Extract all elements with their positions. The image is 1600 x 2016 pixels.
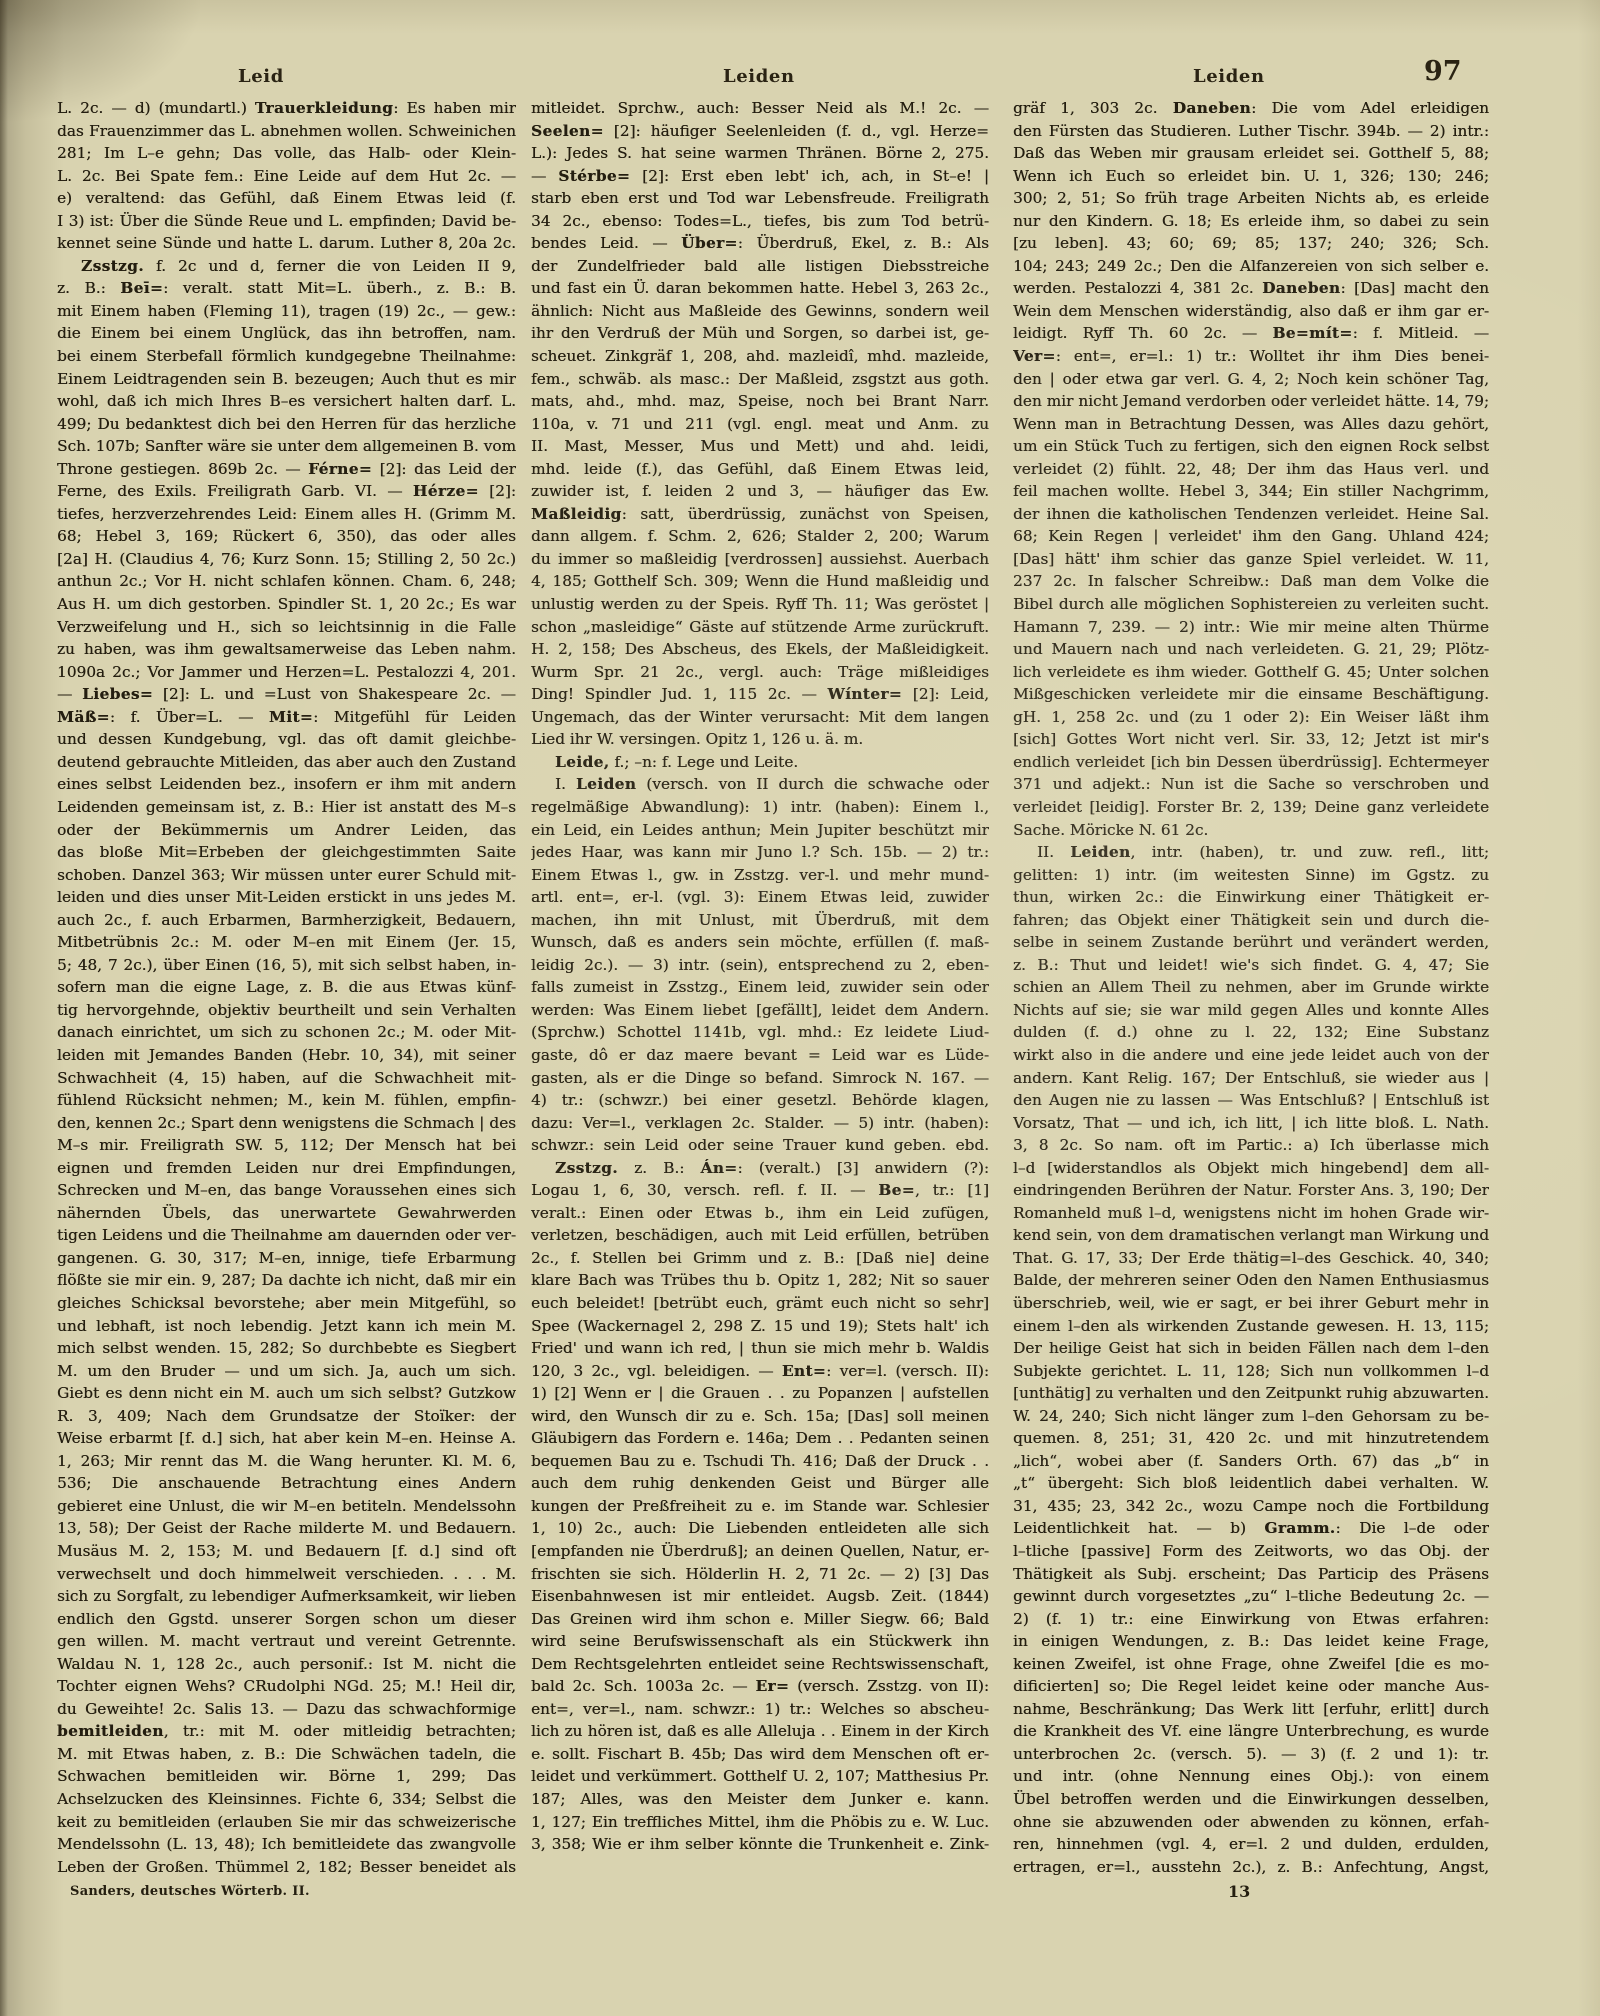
text-line: Ungemach, das der Winter verursacht: Mit… xyxy=(531,706,989,729)
text-column-3: gräf 1, 303 2c. Daneben: Die vom Adel er… xyxy=(1013,97,1489,1878)
text-line: bequemen Bau zu e. Tschudi Th. 416; Daß … xyxy=(531,1450,989,1473)
text-line: Ferne, des Exils. Freiligrath Garb. VI. … xyxy=(57,480,516,503)
text-line: verletzen, beschädigen, auch mit Leid er… xyxy=(531,1224,989,1247)
text-line: Einem Etwas l., gw. in Zsstzg. ver-l. un… xyxy=(531,864,989,887)
text-line: gasten, als er die Dinge so befand. Simr… xyxy=(531,1067,989,1090)
text-line: ohne sie abzuwenden oder abwenden zu kön… xyxy=(1013,1811,1489,1834)
text-line: artl. ent=, er-l. (vgl. 3): Einem Etwas … xyxy=(531,886,989,909)
text-line: leidig 2c.). — 3) intr. (sein), entsprec… xyxy=(531,954,989,977)
text-line: schien an Allem Theil zu nehmen, aber im… xyxy=(1013,976,1489,999)
text-line: den, kennen 2c.; Spart denn wenigstens d… xyxy=(57,1112,516,1135)
text-line: Mäß=: f. Über=L. — Mit=: Mitgefühl für L… xyxy=(57,706,516,729)
text-line: dazu: Ver=l., verklagen 2c. Stalder. — 5… xyxy=(531,1112,989,1135)
text-line: schwzr.: sein Leid oder seine Trauer kun… xyxy=(531,1134,989,1157)
text-line: 300; 2, 51; So früh trage Arbeiten Nicht… xyxy=(1013,187,1489,210)
text-line: schoben. Danzel 363; Wir müssen unter eu… xyxy=(57,864,516,887)
text-line: — Liebes= [2]: L. und =Lust von Shakespe… xyxy=(57,683,516,706)
text-line: keit zu bemitleiden (erlauben Sie mir da… xyxy=(57,1811,516,1834)
text-line: 1090a 2c.; Vor Jammer und Herzen=L. Pest… xyxy=(57,661,516,684)
text-line: und dessen Kundgebung, vgl. das oft dami… xyxy=(57,728,516,751)
text-line: 499; Du bedanktest dich bei den Herren f… xyxy=(57,413,516,436)
text-line: in einigen Wendungen, z. B.: Das leidet … xyxy=(1013,1630,1489,1653)
text-line: ein Leid, ein Leides anthun; Mein Jupite… xyxy=(531,819,989,842)
text-line: den Fürsten das Studieren. Luther Tischr… xyxy=(1013,120,1489,143)
text-line: Balde, der mehreren seiner Oden den Name… xyxy=(1013,1269,1489,1292)
text-line: Romanheld muß l–d, wenigstens nicht im h… xyxy=(1013,1202,1489,1225)
text-line: nahme, Beschränkung; Das Werk litt [erfu… xyxy=(1013,1698,1489,1721)
text-line: mitleidet. Sprchw., auch: Besser Neid al… xyxy=(531,97,989,120)
text-column-1: L. 2c. — d) (mundartl.) Trauerkleidung: … xyxy=(57,97,516,1878)
text-line: das Frauenzimmer das L. abnehmen wollen.… xyxy=(57,120,516,143)
text-line: 536; Die anschauende Betrachtung eines A… xyxy=(57,1472,516,1495)
text-line: leidet und verkümmert. Gotthelf U. 2, 10… xyxy=(531,1765,989,1788)
text-line: 68; Hebel 3, 169; Rückert 6, 350), das o… xyxy=(57,525,516,548)
text-line: andern. Kant Relig. 167; Der Entschluß, … xyxy=(1013,1067,1489,1090)
text-line: e. sollt. Fischart B. 45b; Das wird dem … xyxy=(531,1743,989,1766)
running-title-center: Leiden xyxy=(723,66,795,87)
text-line: 31, 435; 23, 342 2c., wozu Campe noch di… xyxy=(1013,1495,1489,1518)
text-line: kend sein, von dem dramatischen verlangt… xyxy=(1013,1224,1489,1247)
text-line: eignen und fremden Leiden nur drei Empfi… xyxy=(57,1157,516,1180)
text-line: Gläubigern das Fordern e. 146a; Dem . . … xyxy=(531,1427,989,1450)
text-line: unterbrochen 2c. (versch. 5). — 3) (f. 2… xyxy=(1013,1743,1489,1766)
text-line: Verzweifelung und H., sich so leichtsinn… xyxy=(57,616,516,639)
text-line: W. 24, 240; Sich nicht länger zum l–den … xyxy=(1013,1405,1489,1428)
text-line: deutend gebrauchte Mitleiden, das aber a… xyxy=(57,751,516,774)
text-line: lich verleidete es ihm wieder. Gotthelf … xyxy=(1013,661,1489,684)
text-line: und lebhaft, ist noch lebendig. Jetzt ka… xyxy=(57,1315,516,1338)
text-line: Daß das Weben mir grausam erleidet sei. … xyxy=(1013,142,1489,165)
text-line: tig hervorgehnde, objektiv beurtheilt un… xyxy=(57,999,516,1022)
text-line: Maßleidig: satt, überdrüssig, zunächst v… xyxy=(531,503,989,526)
text-line: jedes Haar, was kann mir Juno l.? Sch. 1… xyxy=(531,841,989,864)
text-line: Tochter eignen Wehs? CRudolphi NGd. 25; … xyxy=(57,1675,516,1698)
text-line: auch 2c., f. auch Erbarmen, Barmherzigke… xyxy=(57,909,516,932)
text-line: kungen der Preßfreiheit zu e. im Stande … xyxy=(531,1495,989,1518)
text-line: keinen Zweifel, ist ohne Frage, ohne Zwe… xyxy=(1013,1653,1489,1676)
text-line: Seelen= [2]: häufiger Seelenleiden (f. d… xyxy=(531,120,989,143)
text-line: ertragen, er=l., ausstehn 2c.), z. B.: A… xyxy=(1013,1856,1489,1879)
text-line: auch dem ruhig denkenden Geist und Bürge… xyxy=(531,1472,989,1495)
text-line: Zsstzg. z. B.: Án=: (veralt.) [3] anwide… xyxy=(531,1157,989,1180)
text-line: 34 2c., ebenso: Todes=L., tiefes, bis zu… xyxy=(531,210,989,233)
text-line: Schrecken und M–en, das bange Voraussehe… xyxy=(57,1179,516,1202)
text-line: das bloße Mit=Erbeben der gleichgestimmt… xyxy=(57,841,516,864)
text-line: die Einem bei einem Unglück, das ihn bet… xyxy=(57,322,516,345)
text-line: zuwider ist, f. leiden 2 und 3, — häufig… xyxy=(531,480,989,503)
text-line: danach einrichtet, um sich zu schonen 2c… xyxy=(57,1021,516,1044)
text-line: unlustig werden zu der Speis. Ryff Th. 1… xyxy=(531,593,989,616)
text-line: M. um den Bruder — und um sich. Ja, auch… xyxy=(57,1360,516,1383)
text-line: leidigt. Ryff Th. 60 2c. — Be=mít=: f. M… xyxy=(1013,322,1489,345)
footer-signature: Sanders, deutsches Wörterb. II. xyxy=(70,1884,310,1899)
text-line: Mitbetrübnis 2c.: M. oder M–en mit Einem… xyxy=(57,931,516,954)
text-line: Ver=: ent=, er=l.: 1) tr.: Wolltet ihr i… xyxy=(1013,345,1489,368)
text-line: euch beleidet! [betrübt euch, grämt euch… xyxy=(531,1292,989,1315)
sheet-number: 13 xyxy=(1228,1882,1250,1901)
text-line: 237 2c. In falscher Schreibw.: Daß man d… xyxy=(1013,570,1489,593)
text-line: den mir nicht Jemand verdorben oder verl… xyxy=(1013,390,1489,413)
text-line: gangenen. G. 30, 317; M–en, innige, tief… xyxy=(57,1247,516,1270)
text-line: gH. 1, 258 2c. und (zu 1 oder 2): Ein We… xyxy=(1013,706,1489,729)
text-line: endlich den Ggstd. unserer Sorgen schon … xyxy=(57,1608,516,1631)
text-line: gebieret eine Unlust, die wir M–en betit… xyxy=(57,1495,516,1518)
text-line: Achselzucken des Kleinsinnes. Fichte 6, … xyxy=(57,1788,516,1811)
text-line: mats, ahd., mhd. maz, Speise, noch bei B… xyxy=(531,390,989,413)
text-line: L. 2c. Bei Spate fem.: Eine Leide auf de… xyxy=(57,165,516,188)
text-line: 187; Alles, was den Meister dem Junker e… xyxy=(531,1788,989,1811)
text-line: Schwachen bemitleiden wir. Börne 1, 299;… xyxy=(57,1765,516,1788)
text-line: II. Mast, Messer, Mus und Mett) und ahd.… xyxy=(531,435,989,458)
text-line: Musäus M. 2, 153; M. und Bedauern [f. d.… xyxy=(57,1540,516,1563)
text-line: ähnlich: Nicht aus Maßleide des Gewinns,… xyxy=(531,300,989,323)
text-column-2: mitleidet. Sprchw., auch: Besser Neid al… xyxy=(531,97,989,1856)
text-line: endlich verleidet [ich bin Dessen überdr… xyxy=(1013,751,1489,774)
text-line: machen, ihn mit Unlust, mit Überdruß, mi… xyxy=(531,909,989,932)
text-line: [zu leben]. 43; 60; 69; 85; 137; 240; 32… xyxy=(1013,232,1489,255)
text-line: Wunsch, daß es anders sein möchte, erfül… xyxy=(531,931,989,954)
text-line: Mißgeschicken verleidete mir die einsame… xyxy=(1013,683,1489,706)
text-line: kennet seine Sünde und hatte L. darum. L… xyxy=(57,232,516,255)
text-line: Giebt es denn nicht ein M. auch um sich … xyxy=(57,1382,516,1405)
text-line: Bibel durch alle möglichen Sophistereien… xyxy=(1013,593,1489,616)
text-line: tiefes, herzverzehrendes Leid: Einem all… xyxy=(57,503,516,526)
text-line: Throne gestiegen. 869b 2c. — Férne= [2]:… xyxy=(57,458,516,481)
text-line: eindringenden Berühren der Natur. Forste… xyxy=(1013,1179,1489,1202)
text-line: zu haben, was ihm gewaltsamerweise das L… xyxy=(57,638,516,661)
text-line: Leben der Großen. Thümmel 2, 182; Besser… xyxy=(57,1856,516,1879)
text-line: Ding! Spindler Jud. 1, 115 2c. — Wínter=… xyxy=(531,683,989,706)
text-line: Lied ihr W. versingen. Opitz 1, 126 u. ä… xyxy=(531,728,989,751)
text-line: gewinnt durch vorgesetztes „zu“ l–tliche… xyxy=(1013,1585,1489,1608)
text-line: feil machen wollte. Hebel 3, 344; Ein st… xyxy=(1013,480,1489,503)
text-line: klare Bach was Trübes thu b. Opitz 1, 28… xyxy=(531,1269,989,1292)
text-line: nähernden Übels, das unerwartete Gewahrw… xyxy=(57,1202,516,1225)
text-line: 1, 127; Ein treffliches Mittel, ihm die … xyxy=(531,1811,989,1834)
text-line: — Stérbe= [2]: Erst eben lebt' ich, ach,… xyxy=(531,165,989,188)
text-line: Sch. 107b; Sanfter wäre sie unter dem al… xyxy=(57,435,516,458)
text-line: 110a, v. 71 und 211 (vgl. engl. meat und… xyxy=(531,413,989,436)
text-line: bei einem Sterbefall förmlich kundgegebn… xyxy=(57,345,516,368)
text-line: der ihnen die katholischen Tendenzen ver… xyxy=(1013,503,1489,526)
text-line: Leidenden gemeinsam ist, z. B.: Hier ist… xyxy=(57,796,516,819)
text-line: Leide, f.; –n: f. Lege und Leite. xyxy=(531,751,989,774)
text-line: mhd. leide (f.), das Gefühl, daß Einem E… xyxy=(531,458,989,481)
text-line: 4, 185; Gotthelf Sch. 309; Wenn die Hund… xyxy=(531,570,989,593)
text-line: bemitleiden, tr.: mit M. oder mitleidig … xyxy=(57,1720,516,1743)
text-line: du immer so maßleidig [verdrossen] aussi… xyxy=(531,548,989,571)
text-line: (Sprchw.) Schottel 1141b, vgl. mhd.: Ez … xyxy=(531,1021,989,1044)
text-line: quemen. 8, 251; 31, 420 2c. und mit hinz… xyxy=(1013,1427,1489,1450)
text-line: Aus H. um dich gestorben. Spindler St. 1… xyxy=(57,593,516,616)
text-line: 5; 48, 7 2c.), über Einen (16, 5), mit s… xyxy=(57,954,516,977)
text-line: 13, 58); Der Geist der Rache milderte M.… xyxy=(57,1517,516,1540)
dictionary-page-scan: { "header": { "left_title": "Leid", "cen… xyxy=(0,0,1600,2016)
text-line: Weise erbarmt [f. d.] sich, hat aber kei… xyxy=(57,1427,516,1450)
text-line: l–d [widerstandlos als Objekt mich hinge… xyxy=(1013,1157,1489,1180)
text-line: Dem Rechtsgelehrten entleidet seine Rech… xyxy=(531,1653,989,1676)
text-line: der Zundelfrieder bald alle listigen Die… xyxy=(531,255,989,278)
text-line: M. mit Etwas haben, z. B.: Die Schwächen… xyxy=(57,1743,516,1766)
text-line: anthun 2c.; Vor H. nicht schlafen können… xyxy=(57,570,516,593)
text-line: wohl, daß ich mich Ihres B–es versichert… xyxy=(57,390,516,413)
text-line: R. 3, 409; Nach dem Grundsatze der Stoïk… xyxy=(57,1405,516,1428)
text-line: gaste, dô er daz maere bevant = Leid war… xyxy=(531,1044,989,1067)
text-line: den | oder etwa gar verl. G. 4, 2; Noch … xyxy=(1013,368,1489,391)
text-line: 1, 263; Mir rennt das M. die Wang herunt… xyxy=(57,1450,516,1473)
text-line: 68; Kein Regen | verleidet' ihm den Gang… xyxy=(1013,525,1489,548)
text-line: Thätigkeit als Subj. erscheint; Das Part… xyxy=(1013,1563,1489,1586)
text-line: Schwachheit (4, 15) haben, auf die Schwa… xyxy=(57,1067,516,1090)
text-line: selbe in seinem Zustande berührt und ver… xyxy=(1013,931,1489,954)
text-line: tigen Leidens und die Theilnahme am daue… xyxy=(57,1224,516,1247)
text-line: falls zumeist in Zsstzg., Einem leid, zu… xyxy=(531,976,989,999)
text-line: gelitten: 1) intr. (im weitesten Sinne) … xyxy=(1013,864,1489,887)
text-line: Spee (Wackernagel 2, 298 Z. 15 und 19); … xyxy=(531,1315,989,1338)
text-line: [2a] H. (Claudius 4, 76; Kurz Sonn. 15; … xyxy=(57,548,516,571)
text-line: gräf 1, 303 2c. Daneben: Die vom Adel er… xyxy=(1013,97,1489,120)
text-line: 4) tr.: (schwzr.) bei einer gesetzl. Beh… xyxy=(531,1089,989,1112)
text-line: und intr. (ohne Nennung eines Obj.): von… xyxy=(1013,1765,1489,1788)
text-line: M–s mir. Freiligrath SW. 5, 112; Der Men… xyxy=(57,1134,516,1157)
text-line: und fast ein Ü. daran bekommen hatte. He… xyxy=(531,277,989,300)
text-line: und Mauern nach und nach verleideten. G.… xyxy=(1013,638,1489,661)
text-line: l–tliche [passive] Form des Zeitworts, w… xyxy=(1013,1540,1489,1563)
text-line: Subjekte gerichtet. L. 11, 128; Sich nun… xyxy=(1013,1360,1489,1383)
text-line: Zsstzg. f. 2c und d, ferner die von Leid… xyxy=(57,255,516,278)
text-line: du Geweihte! 2c. Salis 13. — Dazu das sc… xyxy=(57,1698,516,1721)
text-line: werden. Pestalozzi 4, 381 2c. Daneben: [… xyxy=(1013,277,1489,300)
text-line: fahren; das Objekt einer Thätigkeit sein… xyxy=(1013,909,1489,932)
text-line: sich zu Sorgfalt, zu lebendiger Aufmerks… xyxy=(57,1585,516,1608)
text-line: [unthätig] zu verhalten und den Zeitpunk… xyxy=(1013,1382,1489,1405)
text-line: lich zu hören ist, daß es alle Alleluja … xyxy=(531,1720,989,1743)
text-line: I 3) ist: Über die Sünde Reue und L. emp… xyxy=(57,210,516,233)
page-number: 97 xyxy=(1424,56,1462,87)
text-line: 104; 243; 249 2c.; Den die Alfanzereien … xyxy=(1013,255,1489,278)
text-line: bald 2c. Sch. 1003a 2c. — Er= (versch. Z… xyxy=(531,1675,989,1698)
text-line: mich selbst wenden. 15, 282; So durchbeb… xyxy=(57,1337,516,1360)
text-line: flößte sie mir ein. 9, 287; Da dachte ic… xyxy=(57,1269,516,1292)
text-line: thun, wirken 2c.: die Einwirkung einer T… xyxy=(1013,886,1489,909)
text-line: Eisenbahnwesen ist mir entleidet. Augsb.… xyxy=(531,1585,989,1608)
text-line: nur den Kindern. G. 18; Es erleide ihm, … xyxy=(1013,210,1489,233)
text-line: 2) (f. 1) tr.: eine Einwirkung von Etwas… xyxy=(1013,1608,1489,1631)
text-line: e) veraltend: das Gefühl, daß Einem Etwa… xyxy=(57,187,516,210)
text-line: die Krankheit des Vf. eine längre Unterb… xyxy=(1013,1720,1489,1743)
text-line: L. 2c. — d) (mundartl.) Trauerkleidung: … xyxy=(57,97,516,120)
text-line: Übel betroffen werden und die Einwirkung… xyxy=(1013,1788,1489,1811)
text-line: Wein dem Menschen widerständig, also daß… xyxy=(1013,300,1489,323)
text-line: Der heilige Geist hat sich in beiden Fäl… xyxy=(1013,1337,1489,1360)
text-line: I. Leiden (versch. von II durch die schw… xyxy=(531,773,989,796)
text-line: um ein Stück Tuch zu fertigen, sich den … xyxy=(1013,435,1489,458)
text-line: scheuet. Zinkgräf 1, 208, ahd. mazleidî,… xyxy=(531,345,989,368)
text-line: sofern man die eigne Lage, z. B. die aus… xyxy=(57,976,516,999)
running-title-left: Leid xyxy=(238,66,284,87)
text-line: z. B.: Thut und leidet! wie's sich finde… xyxy=(1013,954,1489,977)
text-line: L.): Jedes S. hat seine warmen Thränen. … xyxy=(531,142,989,165)
text-line: That. G. 17, 33; Der Erde thätig=l–des G… xyxy=(1013,1247,1489,1270)
text-line: 3, 358; Wie er ihm selber könnte die Tru… xyxy=(531,1833,989,1856)
text-line: II. Leiden, intr. (haben), tr. und zuw. … xyxy=(1013,841,1489,864)
text-line: ren, hinnehmen (vgl. 4, er=l. 2 und duld… xyxy=(1013,1833,1489,1856)
text-line: Vorsatz, That — und ich, ich litt, | ich… xyxy=(1013,1112,1489,1135)
text-line: dann allgem. f. Schm. 2, 626; Stalder 2,… xyxy=(531,525,989,548)
text-line: „t“ übergeht: Sich bloß leidentlich dabe… xyxy=(1013,1472,1489,1495)
running-title-right: Leiden xyxy=(1193,66,1265,87)
text-line: verleidet [leidig]. Forster Br. 2, 139; … xyxy=(1013,796,1489,819)
text-line: Das Greinen wird ihm schon e. Miller Sie… xyxy=(531,1608,989,1631)
text-line: leiden und dies unser Mit-Leiden erstick… xyxy=(57,886,516,909)
text-line: Leidentlichkeit hat. — b) Gramm.: Die l–… xyxy=(1013,1517,1489,1540)
text-line: überschrieb, weil, wie er sagt, er bei i… xyxy=(1013,1292,1489,1315)
text-line: frischten sie sich. Hölderlin H. 2, 71 2… xyxy=(531,1563,989,1586)
text-line: einem l–den als wirkenden Zustande gewes… xyxy=(1013,1315,1489,1338)
text-line: Sache. Möricke N. 61 2c. xyxy=(1013,819,1489,842)
text-line: z. B.: Beī=: veralt. statt Mit=L. überh.… xyxy=(57,277,516,300)
text-line: eines selbst Leidenden bez., insofern er… xyxy=(57,773,516,796)
text-line: dulden (f. d.) ohne zu l. 22, 132; Eine … xyxy=(1013,1021,1489,1044)
text-line: dificierten] so; Die Regel leidet keine … xyxy=(1013,1675,1489,1698)
text-line: leiden mit Jemandes Banden (Hebr. 10, 34… xyxy=(57,1044,516,1067)
text-line: Einem Leidtragenden sein B. bezeugen; Au… xyxy=(57,368,516,391)
text-line: ent=, ver=l., nam. schwzr.: 1) tr.: Welc… xyxy=(531,1698,989,1721)
text-line: 1) [2] Wenn er | die Grauen . . zu Popan… xyxy=(531,1382,989,1405)
text-line: 2c., f. Stellen bei Grimm und z. B.: [Da… xyxy=(531,1247,989,1270)
text-line: 1, 10) 2c., auch: Die Liebenden entleide… xyxy=(531,1517,989,1540)
text-line: wird, den Wunsch dir zu e. Sch. 15a; [Da… xyxy=(531,1405,989,1428)
text-line: mit Einem haben (Fleming 11), tragen (19… xyxy=(57,300,516,323)
text-line: gleiches Schicksal bevorstehe; aber mein… xyxy=(57,1292,516,1315)
text-line: [empfanden nie Überdruß]; an deinen Quel… xyxy=(531,1540,989,1563)
text-line: veralt.: Einen oder Etwas b., ihm ein Le… xyxy=(531,1202,989,1225)
text-line: Nichts auf sie; sie war mild gegen Alles… xyxy=(1013,999,1489,1022)
text-line: H. 2, 158; Des Abscheus, des Ekels, der … xyxy=(531,638,989,661)
text-line: 3, 8 2c. So nam. oft im Partic.: a) Ich … xyxy=(1013,1134,1489,1157)
text-line: Fried' und wann ich red, | thun sie mich… xyxy=(531,1337,989,1360)
text-line: oder der Bekümmernis um Andrer Leiden, d… xyxy=(57,819,516,842)
text-line: ihr den Verdruß der Müh und Sorgen, so d… xyxy=(531,322,989,345)
text-line: wird seine Berufswissenschaft als ein St… xyxy=(531,1630,989,1653)
text-line: Waldau N. 1, 128 2c., auch personif.: Is… xyxy=(57,1653,516,1676)
text-line: fem., schwäb. als masc.: Der Maßleid, zs… xyxy=(531,368,989,391)
text-line: verwechselt und doch himmelweit verschie… xyxy=(57,1563,516,1586)
text-line: 371 und adjekt.: Nun ist die Sache so ve… xyxy=(1013,773,1489,796)
text-line: wirkt also in die andere und eine jede l… xyxy=(1013,1044,1489,1067)
text-line: fühlend Rücksicht nehmen; M., kein M. fü… xyxy=(57,1089,516,1112)
text-line: Hamann 7, 239. — 2) intr.: Wie mir meine… xyxy=(1013,616,1489,639)
text-line: bendes Leid. — Über=: Überdruß, Ekel, z.… xyxy=(531,232,989,255)
text-line: regelmäßige Abwandlung): 1) intr. (haben… xyxy=(531,796,989,819)
text-line: Wurm Spr. 21 2c., vergl. auch: Träge miß… xyxy=(531,661,989,684)
text-line: schon „masleidige“ Gäste auf stützende A… xyxy=(531,616,989,639)
text-line: [Das] hätt' ihm schier das ganze Spiel v… xyxy=(1013,548,1489,571)
text-line: starb eben erst und Tod war Lebensfreude… xyxy=(531,187,989,210)
text-line: 120, 3 2c., vgl. beleidigen. — Ent=: ver… xyxy=(531,1360,989,1383)
text-line: Wenn ich Euch so erleidet bin. U. 1, 326… xyxy=(1013,165,1489,188)
text-line: 281; Im L–e gehn; Das volle, das Halb- o… xyxy=(57,142,516,165)
text-line: Logau 1, 6, 30, versch. refl. f. II. — B… xyxy=(531,1179,989,1202)
text-line: gen willen. M. macht vertraut und verein… xyxy=(57,1630,516,1653)
text-line: den Augen nie zu lassen — Was Entschluß?… xyxy=(1013,1089,1489,1112)
text-line: werden: Was Einem liebet [gefällt], leid… xyxy=(531,999,989,1022)
text-line: verleidet (2) fühlt. 22, 48; Der ihm das… xyxy=(1013,458,1489,481)
text-line: Mendelssohn (L. 13, 48); Ich bemitleidet… xyxy=(57,1833,516,1856)
text-line: Wenn man in Betrachtung Dessen, was Alle… xyxy=(1013,413,1489,436)
text-line: [sich] Gottes Wort nicht verl. Sir. 33, … xyxy=(1013,728,1489,751)
text-line: „lich“, wobei aber (f. Sanders Orth. 67)… xyxy=(1013,1450,1489,1473)
